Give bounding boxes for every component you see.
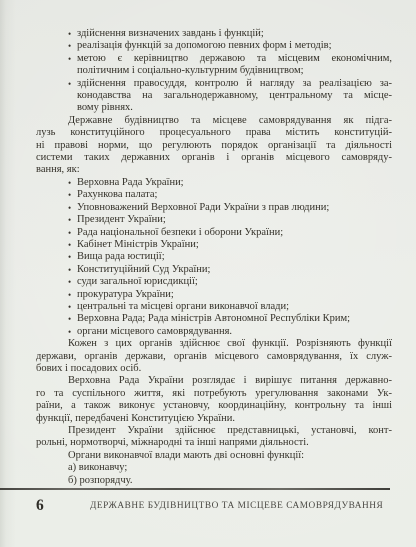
list-item: •Конституційний Суд України;	[36, 264, 392, 276]
bullet-icon: •	[68, 177, 71, 189]
text-line: функції, передбачені Конституцією Україн…	[36, 413, 392, 425]
bullet-icon: •	[68, 301, 71, 313]
list-item-text: Рахункова палата;	[77, 189, 157, 200]
bullet-icon: •	[68, 214, 71, 226]
text-line: ні правові норми, що регулюють порядок о…	[36, 140, 392, 152]
text-line: Державне будівництво та місцеве самовряд…	[36, 115, 392, 127]
bullet-icon: •	[68, 28, 71, 40]
list-item: •здійснення визначених завдань і функцій…	[36, 28, 392, 40]
text-line: системи таких державних органів і органі…	[36, 152, 392, 164]
list-item-text: метою є керівництво державою та місцевим…	[77, 53, 392, 64]
enumerated-item-b: б) розпорядчу.	[36, 475, 392, 487]
bullet-icon: •	[68, 264, 71, 276]
list-item-text: Кабінет Міністрів України;	[77, 239, 199, 250]
list-item-text: органи місцевого самоврядування.	[77, 326, 232, 337]
list-item-text: Верховна Рада; Рада міністрів Автономної…	[77, 313, 350, 324]
list-item: •центральні та місцеві органи виконавчої…	[36, 301, 392, 313]
list-item-text: здійснення визначених завдань і функцій;	[77, 28, 264, 39]
list-item-continuation: вому рівнях.	[36, 102, 392, 114]
bullet-icon: •	[68, 239, 71, 251]
list-item: •органи місцевого самоврядування.	[36, 326, 392, 338]
list-item: •Президент України;	[36, 214, 392, 226]
bullet-icon: •	[68, 251, 71, 263]
text-line: раїни, а також виконує установчу, коорди…	[36, 400, 392, 412]
text-line: Кожен з цих органів здійснює свої функці…	[36, 338, 392, 350]
list-item-continuation: політичним і соціально-культурним будівн…	[36, 65, 392, 77]
text-line: Верховна Рада України розглядає і вирішу…	[36, 375, 392, 387]
bullet-icon: •	[68, 189, 71, 201]
enumerated-item-a: а) виконавчу;	[36, 462, 392, 474]
text-line: бових і посадових осіб.	[36, 363, 392, 375]
list-item-text: прокуратура України;	[77, 289, 174, 300]
list-item-continuation: конодавства на загальнодержавному, центр…	[36, 90, 392, 102]
text-line: рольні, нормотворчі, міжнародні та інші …	[36, 437, 392, 449]
list-item: •Рада національної безпеки і оборони Укр…	[36, 227, 392, 239]
bullet-icon: •	[68, 276, 71, 288]
list-item: •метою є керівництво державою та місцеви…	[36, 53, 392, 65]
list-item: •Вища рада юстиції;	[36, 251, 392, 263]
list-item-text: Конституційний Суд України;	[77, 264, 210, 275]
text-line: лузь конституційного процесуального прав…	[36, 127, 392, 139]
list-item: •Рахункова палата;	[36, 189, 392, 201]
list-item-text: Уповноважений Верховної Ради України з п…	[77, 202, 329, 213]
list-item: •прокуратура України;	[36, 289, 392, 301]
text-line: го та суспільного життя, які потребують …	[36, 388, 392, 400]
list-item: •Кабінет Міністрів України;	[36, 239, 392, 251]
bullet-icon: •	[68, 313, 71, 325]
book-page: •здійснення визначених завдань і функцій…	[0, 0, 416, 547]
list-item: •Верховна Рада; Рада міністрів Автономно…	[36, 313, 392, 325]
list-item-text: здійснення правосуддя, контролю й нагляд…	[77, 78, 392, 89]
footer-rule	[0, 488, 390, 490]
page-content: •здійснення визначених завдань і функцій…	[36, 28, 392, 487]
list-item-text: реалізація функцій за допомогою певних ф…	[77, 40, 332, 51]
text-line: держави, органів держави, органів місцев…	[36, 351, 392, 363]
list-item: •Уповноважений Верховної Ради України з …	[36, 202, 392, 214]
text-line: вання, як:	[36, 164, 392, 176]
bullet-icon: •	[68, 78, 71, 90]
running-title: ДЕРЖАВНЕ БУДІВНИЦТВО ТА МІСЦЕВЕ САМОВРЯД…	[90, 501, 376, 511]
bullet-icon: •	[68, 202, 71, 214]
list-item-text: центральні та місцеві органи виконавчої …	[77, 301, 289, 312]
list-item-text: суди загальної юрисдикції;	[77, 276, 198, 287]
list-item-text: Рада національної безпеки і оборони Укра…	[77, 227, 283, 238]
bullet-icon: •	[68, 40, 71, 52]
list-item-text: Вища рада юстиції;	[77, 251, 165, 262]
list-item: •суди загальної юрисдикції;	[36, 276, 392, 288]
list-item: •здійснення правосуддя, контролю й нагля…	[36, 78, 392, 90]
bullet-icon: •	[68, 53, 71, 65]
list-item: •Верховна Рада України;	[36, 177, 392, 189]
bullet-icon: •	[68, 289, 71, 301]
page-number: 6	[36, 497, 44, 515]
text-line: Органи виконавчої влади мають дві основн…	[36, 450, 392, 462]
bullet-icon: •	[68, 227, 71, 239]
list-item-text: Президент України;	[77, 214, 166, 225]
text-line: Президент України здійснює представницьк…	[36, 425, 392, 437]
bullet-icon: •	[68, 326, 71, 338]
list-item: •реалізація функцій за допомогою певних …	[36, 40, 392, 52]
list-item-text: Верховна Рада України;	[77, 177, 184, 188]
